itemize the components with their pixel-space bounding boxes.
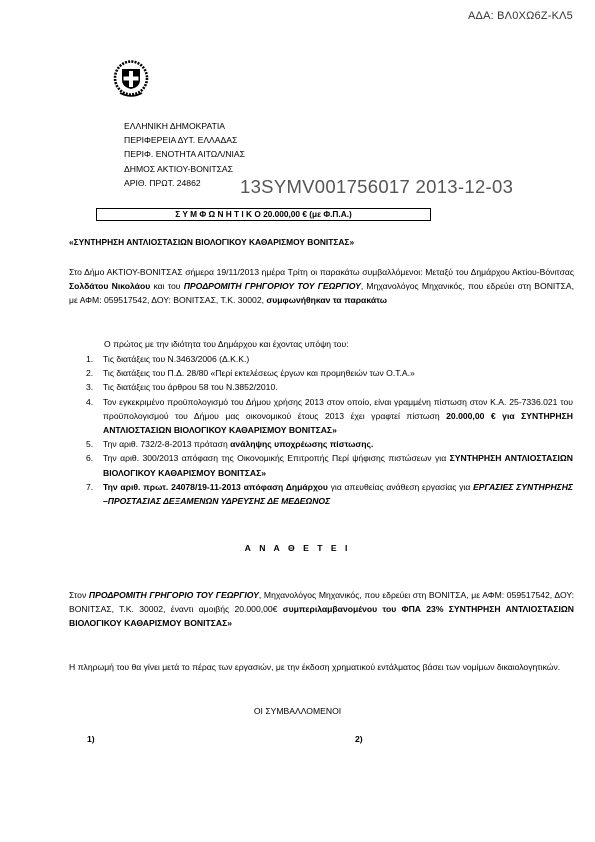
list-item: 3.Τις διατάξεις του άρθρου 58 του Ν.3852… <box>70 380 573 394</box>
list-number: 4. <box>86 395 93 409</box>
protocol-number: ΑΡΙΘ. ΠΡΩΤ. 24862 <box>124 176 245 190</box>
list-number: 3. <box>86 380 93 394</box>
award-text: Στον <box>69 590 89 600</box>
payment-paragraph: Η πληρωμή του θα γίνει μετά το πέρας των… <box>69 660 574 674</box>
list-text: Τις διατάξεις του άρθρου 58 του Ν.3852/2… <box>103 382 278 392</box>
opening-text: Στο Δήμο ΑΚΤΙΟΥ-ΒΟΝΙΤΣΑΣ σήμερα 19/11/20… <box>69 267 574 277</box>
list-item: 7.Την αριθ. πρωτ. 24078/19-11-2013 απόφα… <box>70 480 573 508</box>
project-title: «ΣΥΝΤΗΡΗΣΗ ΑΝΤΛΙΟΣΤΑΣΙΩΝ ΒΙΟΛΟΓΙΚΟΥ ΚΑΘΑ… <box>69 237 354 247</box>
opening-text: και του <box>150 281 184 291</box>
greek-coat-of-arms-icon <box>113 60 149 98</box>
list-text: Τις διατάξεις του Ν.3463/2006 (Δ.Κ.Κ.) <box>103 354 249 364</box>
ada-code: ΑΔΑ: ΒΛ0ΧΩ6Ζ-ΚΛ5 <box>468 10 573 22</box>
list-text: Την αριθ. 300/2013 απόφαση της Οικονομικ… <box>103 453 450 463</box>
award-heading: Α Ν Α Θ Ε Τ Ε Ι <box>0 543 595 553</box>
registry-stamp: 13SYMV001756017 2013-12-03 <box>240 176 513 198</box>
opening-text: συμφωνήθηκαν τα παρακάτω <box>266 295 387 305</box>
list-text: Τις διατάξεις του Π.Δ. 28/80 «Περί εκτελ… <box>103 368 415 378</box>
list-item: 5.Την αριθ. 732/2-8-2013 πρόταση ανάληψη… <box>70 437 573 451</box>
list-text-bold: Την αριθ. πρωτ. 24078/19-11-2013 απόφαση… <box>103 482 328 492</box>
list-number: 5. <box>86 437 93 451</box>
contractor-name: ΠΡΟΔΡΟΜΙΤΗ ΓΡΗΓΟΡΙΟΥ ΤΟΥ ΓΕΩΡΓΙΟΥ <box>184 281 361 291</box>
header-line: ΔΗΜΟΣ ΑΚΤΙΟΥ-ΒΟΝΙΤΣΑΣ <box>124 162 245 176</box>
parties-heading: ΟΙ ΣΥΜΒΑΛΛΟΜΕΝΟΙ <box>0 706 595 716</box>
list-text: Την αριθ. 732/2-8-2013 πρόταση <box>103 439 230 449</box>
signature-2: 2) <box>355 734 363 744</box>
list-text-bold: ανάληψης υποχρέωσης πίστωσης. <box>230 439 373 449</box>
contractor-name: ΠΡΟΔΡΟΜΙΤΗ ΓΡΗΓΟΡΙΟ ΤΟΥ ΓΕΩΡΓΙΟΥ <box>89 590 259 600</box>
list-text: για απευθείας ανάθεση εργασίας για <box>328 482 473 492</box>
list-item: 1.Τις διατάξεις του Ν.3463/2006 (Δ.Κ.Κ.) <box>70 352 573 366</box>
award-paragraph: Στον ΠΡΟΔΡΟΜΙΤΗ ΓΡΗΓΟΡΙΟ ΤΟΥ ΓΕΩΡΓΙΟΥ, Μ… <box>69 588 574 631</box>
list-item: 4.Τον εγκεκριμένο προϋπολογισμό του Δήμο… <box>70 395 573 438</box>
award-text: συμπεριλαμβανομένου του ΦΠΑ 23% <box>283 604 449 614</box>
issuer-header: ΕΛΛΗΝΙΚΗ ΔΗΜΟΚΡΑΤΙΑ ΠΕΡΙΦΕΡΕΙΑ ΔΥΤ. ΕΛΛΑ… <box>124 119 245 190</box>
header-line: ΠΕΡΙΦΕΡΕΙΑ ΔΥΤ. ΕΛΛΑΔΑΣ <box>124 133 245 147</box>
mayor-name: Σολδάτου Νικολάου <box>69 281 150 291</box>
list-number: 7. <box>86 480 93 494</box>
header-line: ΕΛΛΗΝΙΚΗ ΔΗΜΟΚΡΑΤΙΑ <box>124 119 245 133</box>
signature-1: 1) <box>87 734 95 744</box>
intro-line: Ο πρώτος με την ιδιότητα του Δημάρχου κα… <box>104 339 349 349</box>
header-line: ΠΕΡΙΦ. ΕΝΟΤΗΤΑ ΑΙΤΩΛ/ΝΙΑΣ <box>124 147 245 161</box>
opening-paragraph: Στο Δήμο ΑΚΤΙΟΥ-ΒΟΝΙΤΣΑΣ σήμερα 19/11/20… <box>69 265 574 308</box>
list-item: 6.Την αριθ. 300/2013 απόφαση της Οικονομ… <box>70 451 573 479</box>
contract-title-box: Σ Υ Μ Φ Ω Ν Η Τ Ι Κ Ο 20.000,00 € (με Φ.… <box>96 208 431 221</box>
considerations-list: 1.Τις διατάξεις του Ν.3463/2006 (Δ.Κ.Κ.)… <box>70 352 573 508</box>
list-number: 6. <box>86 451 93 465</box>
list-number: 1. <box>86 352 93 366</box>
list-item: 2.Τις διατάξεις του Π.Δ. 28/80 «Περί εκτ… <box>70 366 573 380</box>
list-number: 2. <box>86 366 93 380</box>
